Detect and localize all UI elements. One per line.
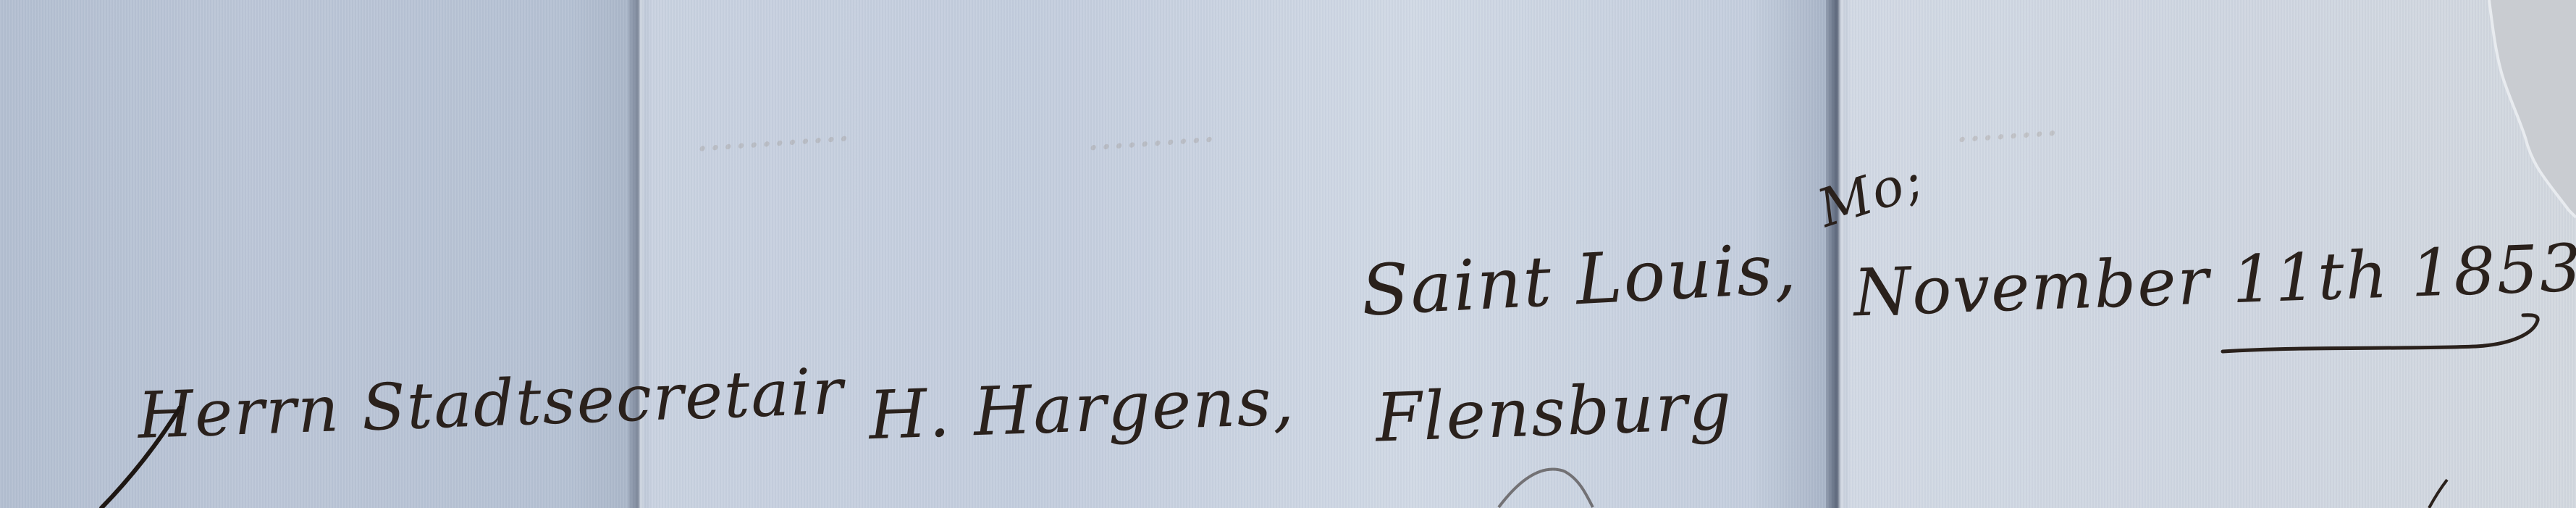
bleed-through-text: .......... [1085,104,1216,160]
partial-next-line-stroke [2425,478,2454,508]
paper-fold-right [1826,0,1846,508]
addressee-name: H. Hargens, [867,362,1296,454]
partial-next-line-stroke [1491,449,1607,508]
descender-stroke [72,406,188,508]
bleed-through-text: ........ [1953,98,2060,152]
addressee-city: Flensburg [1374,367,1734,457]
date-underline-flourish [2215,312,2541,362]
